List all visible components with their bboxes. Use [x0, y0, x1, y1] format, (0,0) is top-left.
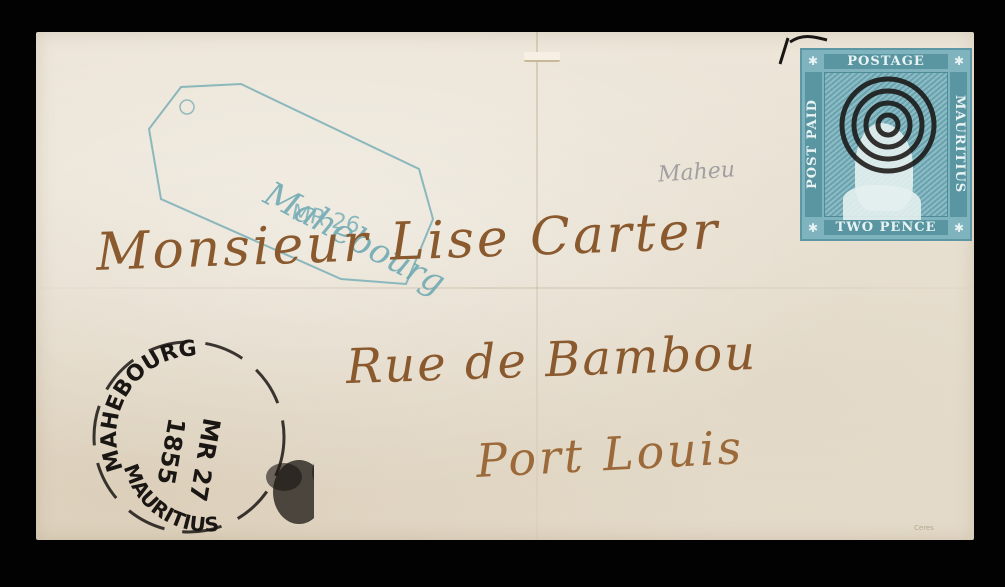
cds-date-line2: 1855: [151, 416, 190, 487]
postmark-fragment-icon: [772, 32, 832, 72]
stamp-vignette: [824, 72, 948, 217]
cds-date-line1: MR 27: [183, 416, 225, 504]
svg-text:MAHEBOURG: MAHEBOURG: [84, 335, 216, 475]
paper-tear: [524, 52, 560, 62]
address-recipient: Monsieur Lise Carter: [95, 201, 721, 283]
star-ornament-icon: ✱: [805, 220, 821, 236]
fold-line-horizontal: [36, 287, 974, 289]
pencil-note: Maheu: [657, 157, 736, 187]
star-ornament-icon: ✱: [951, 220, 967, 236]
stamp-top-label: POSTAGE: [824, 54, 948, 69]
cds-ring-icon: MAHEBOURG MAURITIUS MR 27 1855: [84, 317, 314, 540]
stamp-left-label: POST PAID: [805, 72, 822, 217]
envelope: Mahebourg MR 26 Maheu POSTAGE TWO PENCE …: [36, 32, 974, 540]
svg-text:MAURITIUS: MAURITIUS: [119, 460, 220, 536]
stamp-bottom-label: TWO PENCE: [824, 220, 948, 235]
postage-stamp: POSTAGE TWO PENCE POST PAID MAURITIUS ✱ …: [800, 48, 972, 241]
corner-mark: Ceres: [914, 524, 934, 532]
address-street: Rue de Bambou: [345, 325, 758, 395]
address-city: Port Louis: [475, 420, 746, 488]
cds-top-arc: MAHEBOURG: [84, 335, 216, 475]
circular-datestamp: MAHEBOURG MAURITIUS MR 27 1855: [84, 317, 314, 540]
stamp-right-label: MAURITIUS: [950, 72, 967, 217]
star-ornament-icon: ✱: [951, 53, 967, 69]
queen-bust-icon: [843, 185, 921, 221]
photo-stage: Mahebourg MR 26 Maheu POSTAGE TWO PENCE …: [0, 0, 1005, 587]
cds-bottom-arc: MAURITIUS: [119, 460, 220, 536]
